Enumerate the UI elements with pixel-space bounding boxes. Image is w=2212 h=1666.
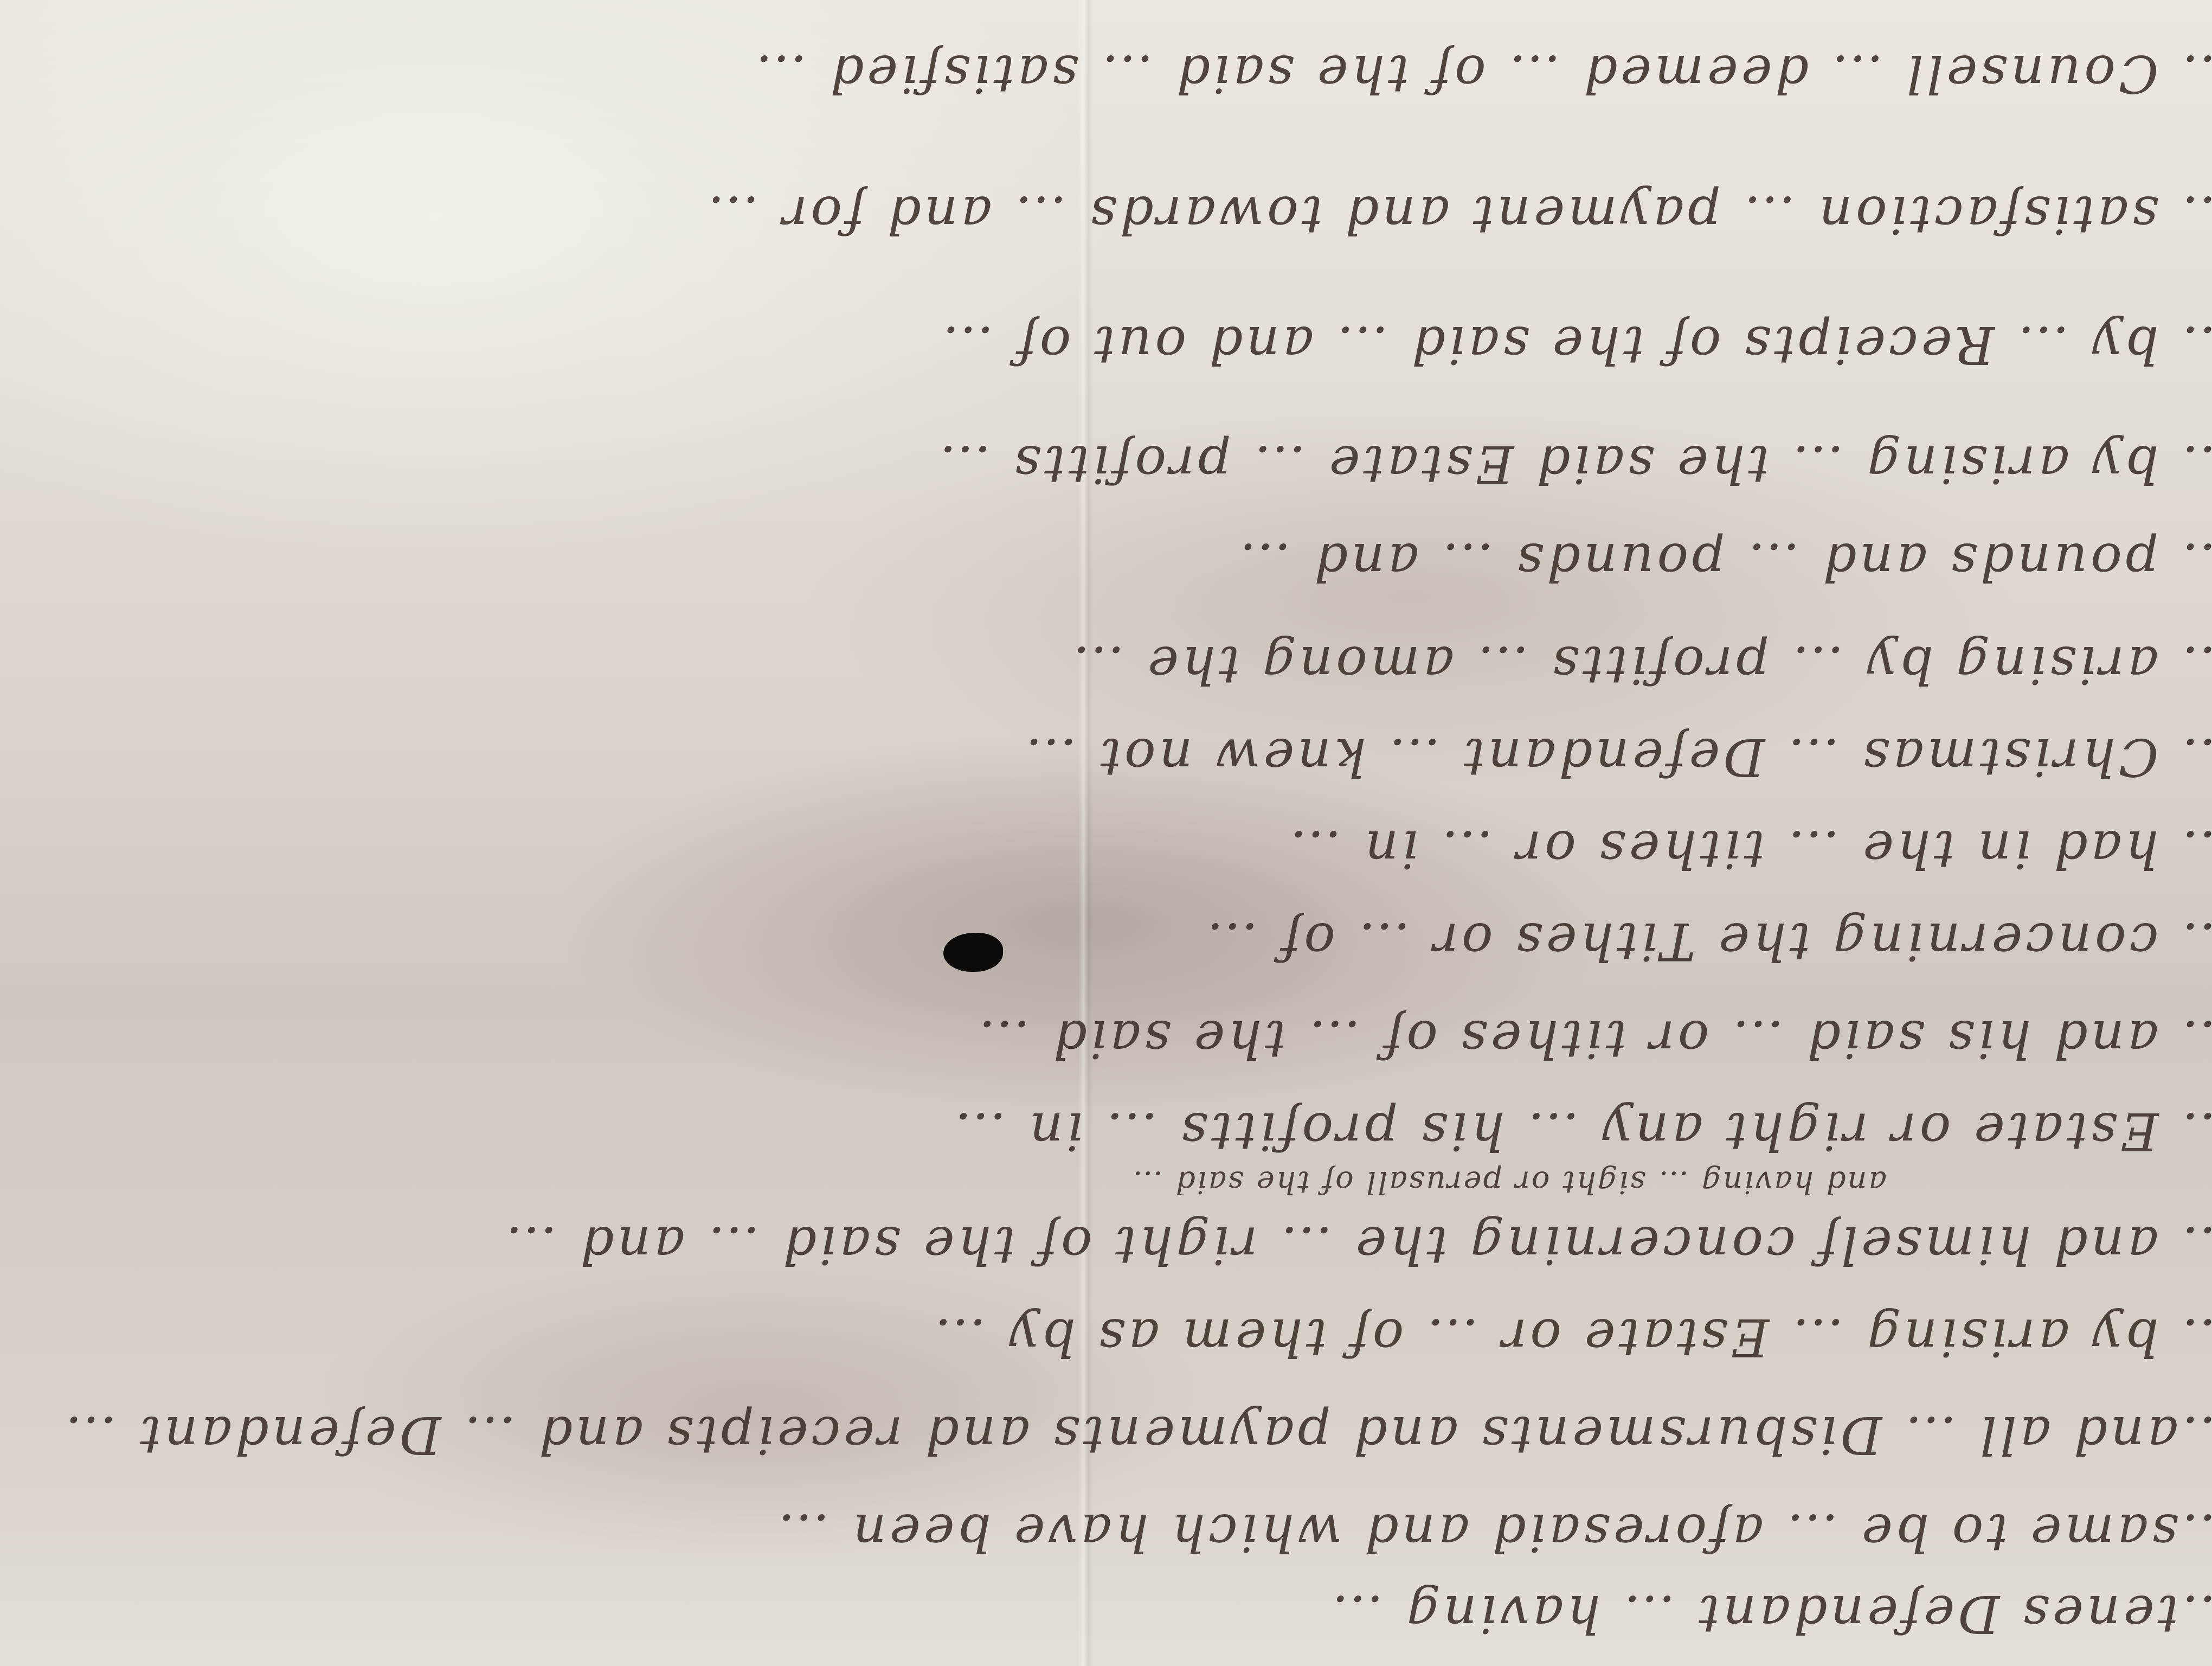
manuscript-text-block: …tenes Defendant … having … …same to be … xyxy=(0,0,2212,1666)
manuscript-line: … Christmas … Defendant … knew not … xyxy=(1022,727,2212,787)
manuscript-line: … by arising … Estate or … of them as by… xyxy=(931,1307,2212,1368)
manuscript-line: … by arising … the said Estate … profitt… xyxy=(936,434,2212,495)
manuscript-line: … Counsell … deemed … of the said … sati… xyxy=(752,43,2212,104)
manuscript-line: … had in the … tithes or … in … xyxy=(1287,819,2212,880)
manuscript-line: … and himself concerning the … right of … xyxy=(502,1215,2212,1276)
manuscript-line: …same to be … aforesaid and which have b… xyxy=(775,1502,2212,1563)
parchment-hole xyxy=(943,933,1003,972)
manuscript-interlinear-line: and having … sight or perusall of the sa… xyxy=(1131,1164,1887,1200)
manuscript-line: … and his said … or tithes of … the said… xyxy=(975,1009,2212,1069)
manuscript-line: …tenes Defendant … having … xyxy=(1328,1584,2212,1644)
manuscript-line: … by … Receipts of the said … and out of… xyxy=(939,315,2212,375)
manuscript-line: … pounds and … pounds … and … xyxy=(1236,531,2212,592)
manuscript-line: … arising by … profitts … among the … xyxy=(1070,635,2212,695)
manuscript-line: … Estate or right any … his profitts … i… xyxy=(951,1101,2212,1162)
manuscript-line: …and all … Disbursments and payments and… xyxy=(62,1405,2212,1465)
manuscript-line: … satisfaction … payment and towards … a… xyxy=(704,184,2212,245)
manuscript-line: … concerning the Tithes or … of … xyxy=(1203,911,2212,972)
